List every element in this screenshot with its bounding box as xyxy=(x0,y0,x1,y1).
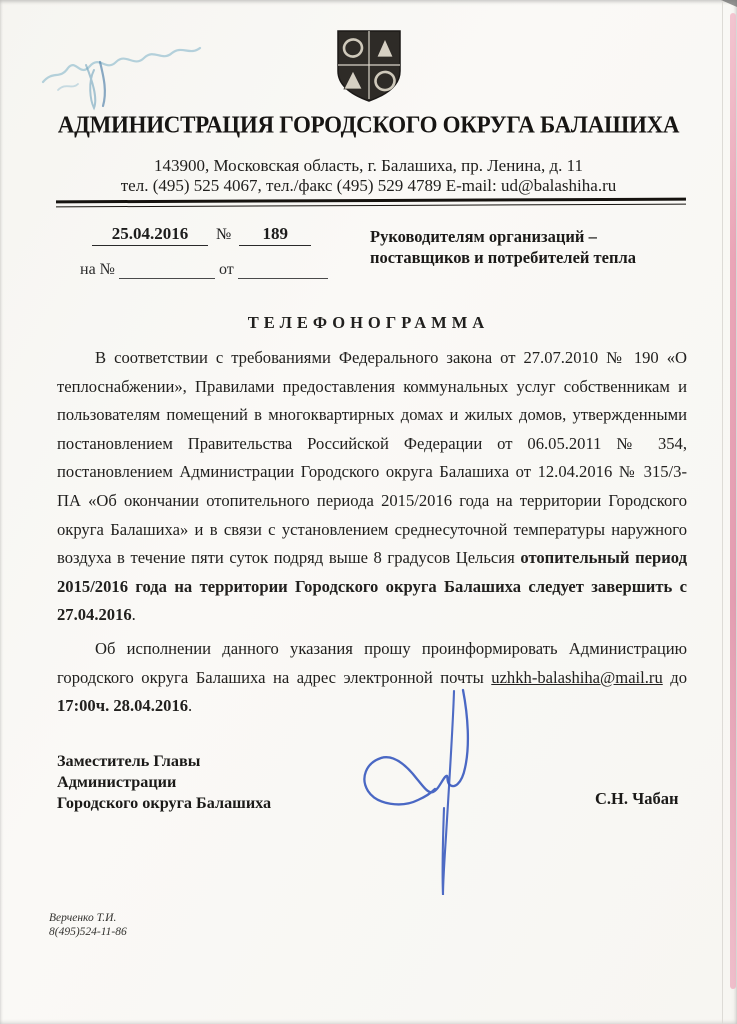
organization-name: АДМИНИСТРАЦИЯ ГОРОДСКОГО ОКРУГА БАЛАШИХА xyxy=(0,111,737,139)
reply-date-blank xyxy=(238,264,328,279)
paragraph-1: В соответствии с требованиями Федерально… xyxy=(57,344,687,630)
reply-from-label: от xyxy=(219,261,234,278)
document-date: 25.04.2016 xyxy=(92,224,208,246)
signer-name: С.Н. Чабан xyxy=(595,789,679,809)
scan-corner-shadow xyxy=(721,0,737,7)
handwritten-scribble xyxy=(28,20,223,115)
signer-position-line-2: Администрации xyxy=(57,772,271,793)
paragraph-2-period: . xyxy=(188,696,192,715)
letterhead-divider xyxy=(56,198,686,208)
handwritten-signature xyxy=(350,686,480,901)
signer-position-block: Заместитель Главы Администрации Городско… xyxy=(57,751,271,814)
email-address: uzhkh-balashiha@mail.ru xyxy=(491,668,663,687)
paragraph-1-period: . xyxy=(132,605,136,624)
document-body: В соответствии с требованиями Федерально… xyxy=(57,344,687,721)
number-sign: № xyxy=(216,226,231,243)
reply-number-blank xyxy=(119,264,215,279)
executor-phone: 8(495)524-11-86 xyxy=(49,926,127,940)
coat-of-arms-icon xyxy=(333,27,405,103)
scanned-letter-page: АДМИНИСТРАЦИЯ ГОРОДСКОГО ОКРУГА БАЛАШИХА… xyxy=(0,0,737,1024)
executor-name: Верченко Т.И. xyxy=(49,912,127,926)
paragraph-2-mid: до xyxy=(663,668,687,687)
paper-edge-line xyxy=(722,0,723,1024)
signer-position-line-3: Городского округа Балашиха xyxy=(57,793,271,814)
recipient-block: Руководителям организаций – поставщиков … xyxy=(370,226,670,268)
signer-position-line-1: Заместитель Главы xyxy=(57,751,271,772)
reply-to-label: на № xyxy=(80,261,115,278)
document-number: 189 xyxy=(239,224,311,246)
paragraph-2-deadline: 17:00ч. 28.04.2016 xyxy=(57,696,188,715)
document-date-number: 25.04.2016№189 xyxy=(92,224,311,246)
recipient-line-2: поставщиков и потребителей тепла xyxy=(370,247,670,268)
executor-note: Верченко Т.И. 8(495)524-11-86 xyxy=(49,912,127,939)
recipient-line-1: Руководителям организаций – xyxy=(370,226,670,247)
reply-reference-line: на №от xyxy=(80,261,332,279)
org-address: 143900, Московская область, г. Балашиха,… xyxy=(0,156,737,176)
document-title: ТЕЛЕФОНОГРАММА xyxy=(0,313,737,333)
org-contacts: тел. (495) 525 4067, тел./факс (495) 529… xyxy=(0,176,737,196)
paragraph-1-text: В соответствии с требованиями Федерально… xyxy=(57,348,687,567)
